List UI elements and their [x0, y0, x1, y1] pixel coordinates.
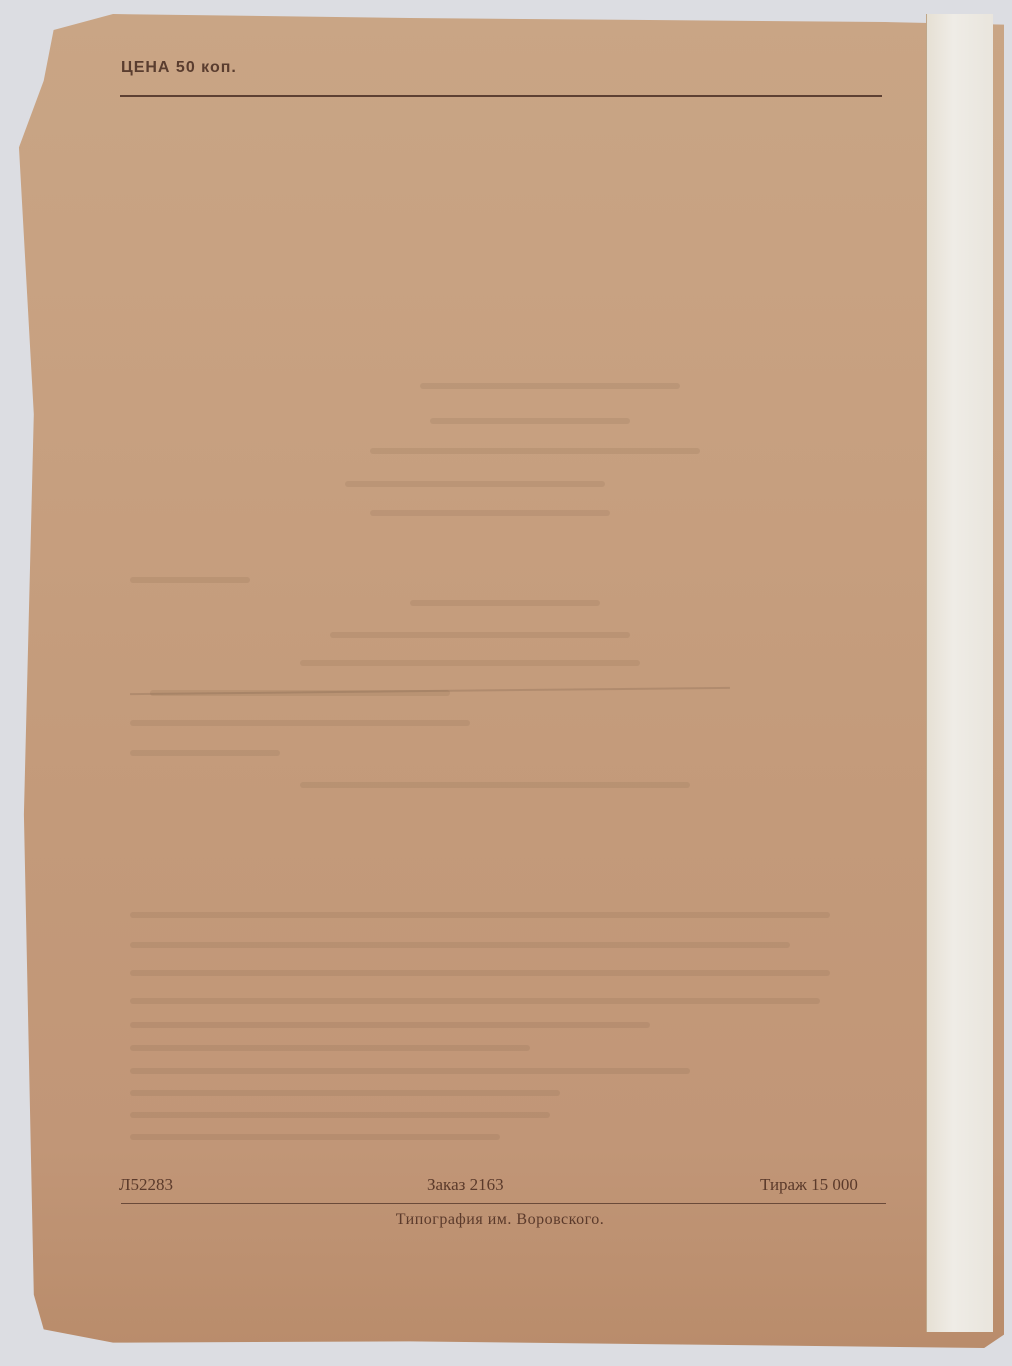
order-number: Заказ 2163 [427, 1175, 504, 1195]
header-rule [120, 95, 882, 97]
printer-name: Типография им. Воровского. [396, 1211, 605, 1228]
printer-line: Типография им. Воровского. [0, 1211, 1012, 1229]
price-label: ЦЕНА 50 коп. [121, 59, 237, 77]
binding-strip [926, 14, 993, 1332]
print-run: Тираж 15 000 [760, 1175, 858, 1195]
paper-sheet [14, 14, 1004, 1348]
catalog-code: Л52283 [119, 1175, 173, 1195]
footer-rule [121, 1203, 886, 1204]
